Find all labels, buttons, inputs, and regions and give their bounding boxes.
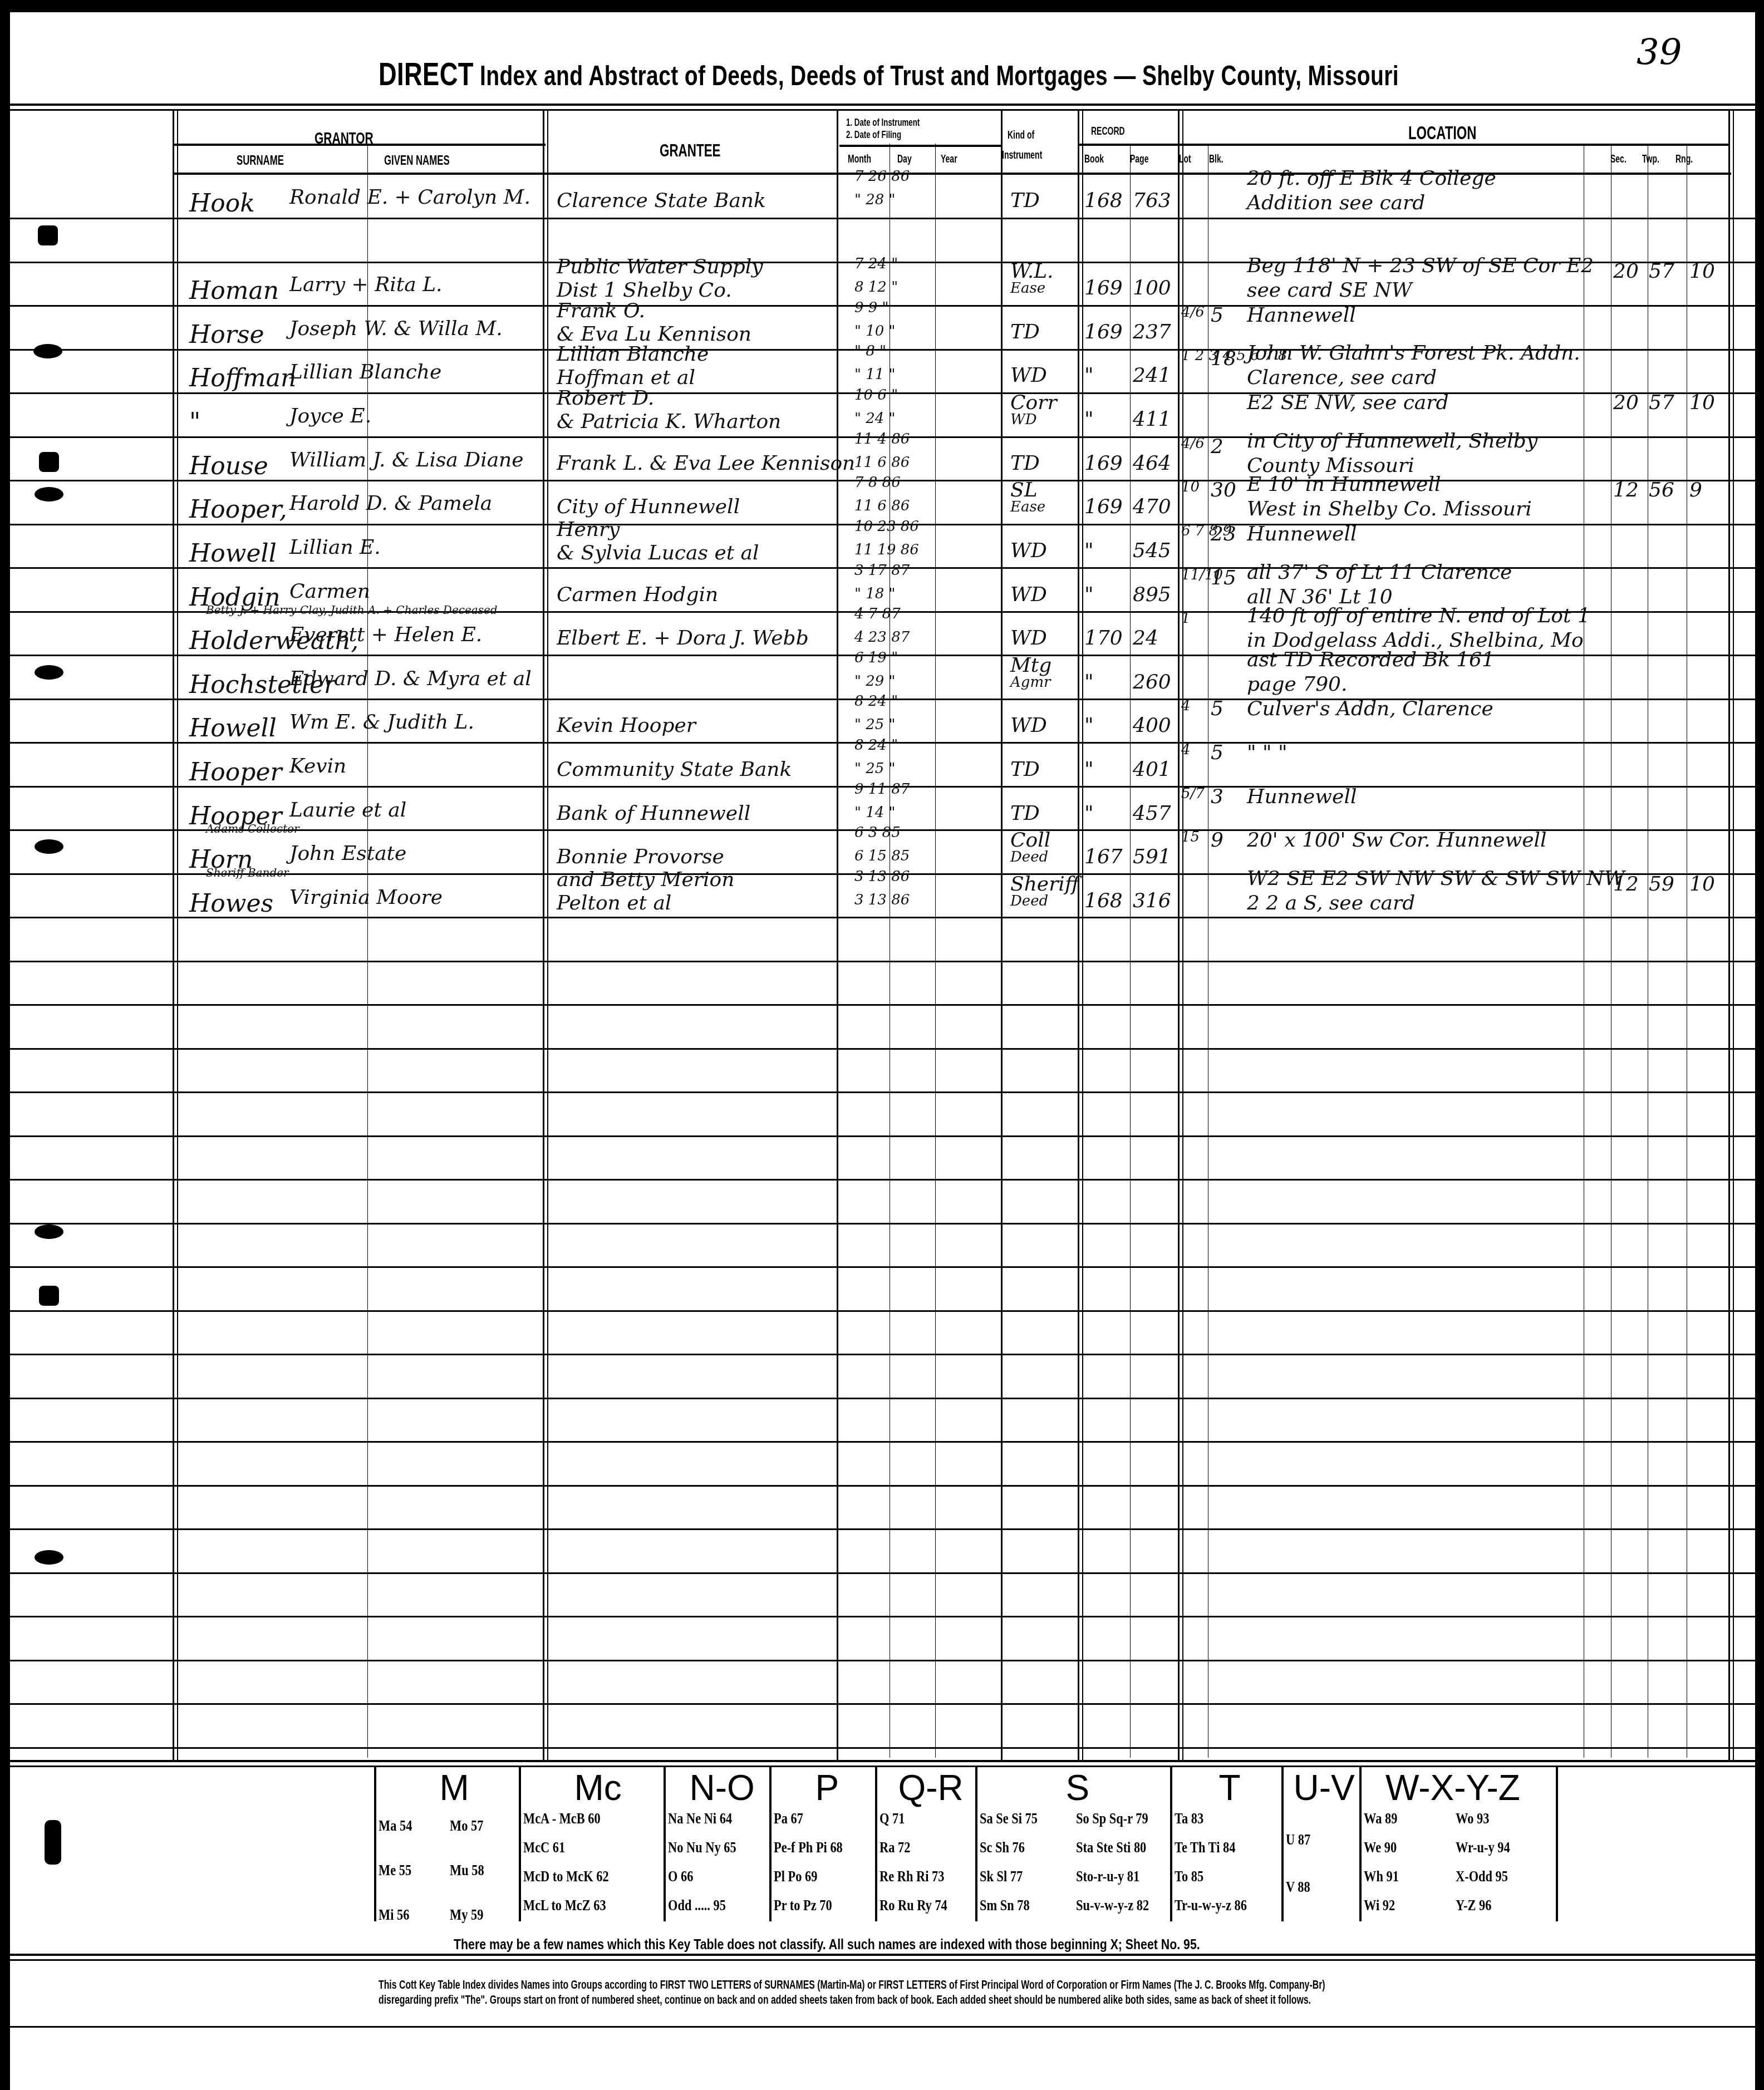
date-of-filing: " 18 " — [854, 586, 896, 602]
record-book: 170 — [1084, 627, 1123, 650]
date-sub-rule — [839, 145, 1001, 147]
header-record: RECORD — [1091, 125, 1125, 138]
record-page: 237 — [1133, 321, 1171, 343]
location-description: all 37' S of Lt 11 Clarence — [1247, 561, 1512, 584]
location-description: Hunnewell — [1247, 523, 1357, 545]
key-column-divider — [975, 1766, 977, 1921]
record-book: 168 — [1084, 889, 1123, 912]
row-line — [10, 1310, 1755, 1312]
column-line — [1733, 109, 1734, 1762]
record-sub-rule — [1078, 144, 1178, 146]
header-day: Day — [897, 153, 912, 166]
location-lot: 4 — [1181, 697, 1191, 714]
grantor-given-names: Lillian Blanche — [289, 361, 441, 383]
location-block: 5 — [1211, 741, 1224, 764]
grantor-surname: Horse — [189, 321, 264, 349]
key-column-divider — [1359, 1766, 1362, 1921]
key-cell: Mo 57 — [450, 1817, 483, 1835]
column-line — [543, 109, 544, 1762]
location-description: in City of Hunnewell, Shelby — [1247, 430, 1537, 453]
key-cell: McD to McK 62 — [523, 1868, 609, 1886]
kind-of-instrument: TD — [1010, 758, 1040, 781]
date-of-filing: 4 23 87 — [854, 629, 910, 646]
date-of-filing: " 10 " — [854, 323, 896, 340]
key-cell: Mu 58 — [450, 1862, 484, 1880]
kind-of-instrument: Corr — [1010, 391, 1057, 414]
location-block: 30 — [1211, 479, 1236, 501]
grantor-surname: Howell — [189, 539, 277, 568]
date-of-filing: 6 15 85 — [854, 848, 910, 864]
record-page: 545 — [1133, 539, 1171, 562]
key-cell: So Sp Sq-r 79 — [1076, 1810, 1148, 1828]
key-column-divider — [664, 1766, 666, 1921]
location-description: " " " — [1247, 741, 1288, 764]
location-description-2: Addition see card — [1247, 191, 1425, 214]
location-block: 5 — [1211, 304, 1224, 327]
grantee-name: Elbert E. + Dora J. Webb — [557, 627, 809, 650]
row-line — [10, 1004, 1755, 1006]
grantee-name: Carmen Hodgin — [557, 583, 718, 606]
column-line — [547, 109, 548, 1762]
date-of-filing: 11 6 86 — [854, 498, 910, 514]
grantor-note: Sheriff Bander — [206, 866, 289, 879]
location-block: 3 — [1211, 785, 1224, 808]
key-cell: McA - McB 60 — [523, 1810, 601, 1828]
kind-of-instrument-2: Deed — [1010, 849, 1048, 865]
record-book: " — [1084, 671, 1094, 694]
row-line — [10, 1572, 1755, 1574]
kind-of-instrument: WD — [1010, 583, 1047, 606]
grantee-name: City of Hunnewell — [557, 495, 740, 518]
header-surname: SURNAME — [237, 153, 284, 169]
header-sec: Sec. — [1610, 153, 1627, 166]
grantor-surname: Hook — [189, 189, 255, 218]
key-cell: Pl Po 69 — [774, 1868, 817, 1886]
grantor-note: Betty J. + Harry Clay, Judith A. + Charl… — [206, 603, 498, 617]
record-book: " — [1084, 758, 1094, 781]
key-group-letter: P — [815, 1767, 839, 1808]
binder-hole — [39, 1286, 59, 1306]
date-of-filing: " 25 " — [854, 716, 896, 733]
header-lot: Lot — [1179, 153, 1191, 166]
key-cell: V 88 — [1286, 1878, 1310, 1896]
grantor-given-names: Kevin — [289, 755, 346, 778]
key-cell: Wr-u-y 94 — [1456, 1839, 1510, 1857]
grantor-given-names: Joyce E. — [289, 405, 371, 427]
kind-of-instrument: TD — [1010, 321, 1040, 343]
column-line — [1078, 109, 1079, 1762]
key-cell: Wo 93 — [1456, 1810, 1489, 1828]
key-cell: Re Rh Ri 73 — [879, 1868, 944, 1886]
page-bottom-rule — [10, 2026, 1755, 2028]
row-line — [10, 1398, 1755, 1399]
location-description: Beg 118' N + 23 SW of SE Cor E2 — [1247, 254, 1594, 277]
kind-of-instrument: Sheriff — [1010, 873, 1079, 896]
row-line — [10, 1091, 1755, 1093]
key-cell: U 87 — [1286, 1831, 1310, 1849]
location-description: ast TD Recorded Bk 161 — [1247, 648, 1495, 671]
record-page: 470 — [1133, 495, 1171, 518]
column-line — [1728, 109, 1730, 1762]
key-column-divider — [1281, 1766, 1284, 1921]
date-of-instrument: 3 17 87 — [854, 562, 910, 579]
row-line — [10, 1179, 1755, 1181]
binder-hole — [33, 344, 62, 358]
row-line — [10, 1703, 1755, 1705]
location-description: 20' x 100' Sw Cor. Hunnewell — [1247, 829, 1547, 852]
location-block: 5 — [1211, 697, 1224, 720]
column-line — [837, 109, 838, 1762]
header-date-line1: 1. Date of Instrument — [846, 117, 920, 129]
key-cell: Sc Sh 76 — [980, 1839, 1025, 1857]
grantor-surname: Howes — [189, 889, 273, 918]
location-description: Hannewell — [1247, 304, 1356, 327]
key-group-letter: T — [1219, 1767, 1241, 1808]
location-lot: 4/6 — [1181, 304, 1205, 321]
date-of-instrument: 6 3 85 — [854, 824, 901, 841]
location-block: 15 — [1211, 567, 1236, 589]
binder-hole — [35, 487, 63, 501]
binder-hole — [35, 1225, 63, 1239]
location-lot: 4 — [1181, 741, 1191, 758]
row-line — [10, 218, 1755, 219]
row-line — [10, 1048, 1755, 1050]
grantor-given-names: Everett + Helen E. — [289, 623, 482, 646]
record-book: 169 — [1084, 452, 1123, 475]
kind-of-instrument: WD — [1010, 714, 1047, 737]
key-cell: My 59 — [450, 1906, 483, 1924]
date-of-instrument: 8 24 " — [854, 693, 898, 710]
key-cell: McC 61 — [523, 1839, 565, 1857]
key-column-divider — [769, 1766, 772, 1921]
record-book: " — [1084, 539, 1094, 562]
location-description: W2 SE E2 SW NW SW & SW SW NW — [1247, 867, 1625, 890]
date-of-filing: " 28 " — [854, 191, 896, 208]
header-top-rule — [10, 109, 1755, 111]
header-top-rule — [10, 104, 1755, 106]
grantor-surname: Homan — [189, 277, 279, 305]
header-page: Page — [1130, 153, 1148, 166]
location-description: 140 ft off of entire N. end of Lot 1 — [1247, 604, 1590, 627]
key-cell: Sa Se Si 75 — [980, 1810, 1038, 1828]
row-line — [10, 1485, 1755, 1487]
header-book: Book — [1084, 153, 1104, 166]
record-page: 241 — [1133, 364, 1171, 387]
location-section: 12 — [1613, 873, 1639, 896]
record-book: " — [1084, 364, 1094, 387]
record-page: 100 — [1133, 277, 1171, 299]
location-lot: 1 — [1181, 610, 1191, 627]
grantee-name: Kevin Hooper — [557, 714, 696, 737]
kind-of-instrument: TD — [1010, 452, 1040, 475]
location-description: E2 SE NW, see card — [1247, 391, 1449, 414]
record-page: 411 — [1133, 408, 1171, 431]
header-given-names: GIVEN NAMES — [384, 153, 450, 169]
grantor-given-names: Lillian E. — [289, 536, 381, 559]
grantor-given-names: Ronald E. + Carolyn M. — [289, 186, 530, 209]
record-page: 591 — [1133, 845, 1171, 868]
page-title: DIRECT Index and Abstract of Deeds, Deed… — [379, 56, 1273, 93]
date-of-filing: " 25 " — [854, 760, 896, 777]
key-cell: Odd ..... 95 — [668, 1897, 726, 1915]
binder-hole — [39, 452, 59, 472]
grantee-name: Bonnie Provorse — [557, 845, 724, 868]
location-range: 10 — [1689, 391, 1715, 414]
row-line — [10, 961, 1755, 962]
key-cell: We 90 — [1364, 1839, 1397, 1857]
header-year: Year — [941, 153, 957, 166]
scan-border-top — [0, 0, 1764, 12]
record-book: 169 — [1084, 321, 1123, 343]
kind-of-instrument: Coll — [1010, 829, 1050, 852]
location-block: 2 — [1211, 435, 1224, 458]
key-bottom-rule — [10, 1959, 1755, 1961]
key-cell: Ro Ru Ry 74 — [879, 1897, 947, 1915]
key-cell: Me 55 — [379, 1862, 411, 1880]
footer-line-1: This Cott Key Table Index divides Names … — [379, 1978, 1325, 1992]
row-line — [10, 1135, 1755, 1137]
grantor-given-names: John Estate — [289, 842, 406, 865]
location-lot: 15 — [1181, 829, 1200, 845]
key-cell: Wa 89 — [1364, 1810, 1397, 1828]
location-description-2: West in Shelby Co. Missouri — [1247, 498, 1532, 520]
binder-hole — [35, 665, 63, 680]
grantor-surname: Howell — [189, 714, 277, 742]
date-of-instrument: 7 8 86 — [854, 474, 901, 491]
key-table-note: There may be a few names which this Key … — [454, 1936, 1200, 1953]
key-top-rule — [10, 1760, 1755, 1762]
row-line — [10, 1747, 1755, 1749]
location-block: 18 — [1211, 347, 1236, 370]
location-description: John W. Glahn's Forest Pk. Addn. — [1247, 342, 1580, 365]
location-township: 56 — [1649, 479, 1674, 501]
grantor-surname: House — [189, 452, 268, 480]
grantee-name-2: & Patricia K. Wharton — [557, 410, 781, 433]
kind-of-instrument: WD — [1010, 627, 1047, 650]
grantor-surname: " — [189, 408, 200, 436]
record-page: 763 — [1133, 189, 1171, 212]
location-description: Culver's Addn, Clarence — [1247, 697, 1493, 720]
key-column-divider — [1170, 1766, 1172, 1921]
date-of-instrument: 6 19 " — [854, 650, 898, 666]
header-blk: Blk. — [1209, 153, 1224, 166]
location-lot: 4/6 — [1181, 435, 1205, 452]
row-line — [10, 1354, 1755, 1355]
record-page: 457 — [1133, 802, 1171, 825]
header-twp: Twp. — [1642, 153, 1659, 166]
location-lot: 10 — [1181, 479, 1200, 495]
row-line — [10, 1223, 1755, 1225]
record-book: 167 — [1084, 845, 1123, 868]
key-cell: Sta Ste Sti 80 — [1076, 1839, 1146, 1857]
date-of-instrument: 3 13 86 — [854, 868, 910, 885]
key-cell: O 66 — [668, 1868, 693, 1886]
grantor-given-names: William J. & Lisa Diane — [289, 449, 524, 471]
date-of-instrument: 8 24 " — [854, 737, 898, 754]
key-cell: Ma 54 — [379, 1817, 412, 1835]
grantor-given-names: Harold D. & Pamela — [289, 492, 492, 515]
column-line-dashed — [1208, 144, 1208, 1758]
location-township: 57 — [1649, 260, 1674, 283]
grantee-name-2: & Eva Lu Kennison — [557, 323, 751, 346]
grantor-given-names: Edward D. & Myra et al — [289, 667, 532, 690]
location-block: 23 — [1211, 523, 1236, 545]
column-line — [1178, 109, 1180, 1762]
row-line — [10, 1616, 1755, 1617]
column-line-dashed — [1584, 144, 1584, 1758]
key-cell: Mi 56 — [379, 1906, 409, 1924]
key-bottom-rule — [10, 1954, 1755, 1956]
grantor-given-names: Laurie et al — [289, 799, 406, 822]
location-lot: 5/7 — [1181, 785, 1205, 802]
binder-hole — [45, 1820, 61, 1865]
scan-border-left — [0, 0, 10, 2090]
key-column-divider — [1556, 1766, 1558, 1921]
grantee-name-2: Hoffman et al — [557, 366, 695, 389]
key-group-letter: U-V — [1294, 1767, 1355, 1808]
column-line-dashed — [367, 144, 368, 1758]
kind-of-instrument: W.L. — [1010, 260, 1054, 283]
grantee-name: Lillian Blanche — [557, 343, 709, 366]
key-cell: Q 71 — [879, 1810, 905, 1828]
column-line — [1001, 109, 1003, 1762]
header-rng: Rng. — [1675, 153, 1693, 166]
key-cell: Tr-u-w-y-z 86 — [1175, 1897, 1247, 1915]
record-book: 169 — [1084, 495, 1123, 518]
date-of-filing: 11 19 86 — [854, 542, 919, 558]
grantee-name: and Betty Merion — [557, 868, 734, 891]
grantor-given-names: Larry + Rita L. — [289, 273, 443, 296]
grantee-name: Public Water Supply — [557, 255, 763, 278]
column-line-dashed — [1611, 144, 1611, 1758]
kind-of-instrument-2: Ease — [1010, 499, 1045, 515]
key-cell: Wh 91 — [1364, 1868, 1399, 1886]
header-date-line2: 2. Date of Filing — [846, 129, 901, 141]
date-of-filing: 3 13 86 — [854, 892, 910, 908]
key-cell: Te Th Ti 84 — [1175, 1839, 1235, 1857]
grantor-surname: Hooper, — [189, 495, 287, 524]
location-range: 10 — [1689, 260, 1715, 283]
record-page: 260 — [1133, 671, 1171, 694]
kind-of-instrument: Mtg — [1010, 654, 1051, 677]
location-township: 57 — [1649, 391, 1674, 414]
header-location: LOCATION — [1408, 122, 1477, 144]
key-cell: X-Odd 95 — [1456, 1868, 1508, 1886]
kind-of-instrument-2: Deed — [1010, 893, 1048, 909]
grantee-name-2: Pelton et al — [557, 892, 671, 914]
column-line — [173, 109, 174, 1762]
record-book: 168 — [1084, 189, 1123, 212]
grantee-name: Bank of Hunnewell — [557, 802, 750, 825]
column-line-dashed — [935, 144, 936, 1758]
grantee-name: Henry — [557, 518, 620, 541]
location-description: 20 ft. off E Blk 4 College — [1247, 167, 1496, 190]
location-section: 20 — [1613, 391, 1639, 414]
location-township: 59 — [1649, 873, 1674, 896]
binder-hole — [38, 225, 58, 245]
key-column-divider — [374, 1766, 376, 1921]
key-column-divider — [875, 1766, 877, 1921]
header-kind-of: Kind of — [1008, 129, 1034, 142]
location-section: 20 — [1613, 260, 1639, 283]
location-section: 12 — [1613, 479, 1639, 501]
kind-of-instrument: SL — [1010, 479, 1038, 501]
record-book: " — [1084, 802, 1094, 825]
key-group-letter: Q-R — [898, 1767, 964, 1808]
date-of-instrument: 7 24 " — [854, 255, 898, 272]
key-cell: Pa 67 — [774, 1810, 803, 1828]
grantor-given-names: Wm E. & Judith L. — [289, 711, 474, 734]
header-grantor: GRANTOR — [315, 129, 374, 148]
key-group-letter: W-X-Y-Z — [1385, 1767, 1520, 1808]
key-cell: McL to McZ 63 — [523, 1897, 606, 1915]
date-of-instrument: " 8 " — [854, 343, 886, 360]
record-page: 464 — [1133, 452, 1171, 475]
key-cell: Pr to Pz 70 — [774, 1897, 832, 1915]
date-of-instrument: 9 11 87 — [854, 781, 910, 798]
key-group-letter: Mc — [574, 1767, 622, 1808]
row-line — [10, 1660, 1755, 1661]
date-of-instrument: 11 4 86 — [854, 431, 910, 447]
column-line-dashed — [1648, 144, 1648, 1758]
column-line-dashed — [1130, 144, 1131, 1758]
key-cell: Y-Z 96 — [1456, 1897, 1492, 1915]
date-of-filing: 11 6 86 — [854, 454, 910, 471]
date-of-filing: 8 12 " — [854, 279, 898, 296]
grantee-name: Robert D. — [557, 387, 654, 410]
date-of-instrument: 10 23 86 — [854, 518, 919, 535]
key-cell: Ta 83 — [1175, 1810, 1203, 1828]
header-instrument: Instrument — [1002, 149, 1042, 162]
location-description-2: see card SE NW — [1247, 279, 1412, 302]
header-month: Month — [848, 153, 871, 166]
kind-of-instrument: WD — [1010, 364, 1047, 387]
kind-of-instrument: TD — [1010, 802, 1040, 825]
record-page: 895 — [1133, 583, 1171, 606]
grantee-name: Frank L. & Eva Lee Kennison — [557, 452, 855, 475]
key-cell: Sto-r-u-y 81 — [1076, 1868, 1139, 1886]
key-cell: Ra 72 — [879, 1839, 910, 1857]
location-range: 9 — [1689, 479, 1702, 501]
date-of-instrument: 4 7 87 — [854, 606, 901, 622]
location-description-2: 2 2 a S, see card — [1247, 892, 1415, 914]
date-of-filing: " 24 " — [854, 410, 896, 427]
location-block: 9 — [1211, 829, 1224, 852]
key-cell: Wi 92 — [1364, 1897, 1395, 1915]
grantor-surname: Hoffman — [189, 364, 296, 392]
kind-of-instrument-2: Agmr — [1010, 674, 1051, 691]
key-cell: Sm Sn 78 — [980, 1897, 1030, 1915]
date-of-instrument: 9 9 " — [854, 299, 889, 316]
record-book: " — [1084, 714, 1094, 737]
record-page: 400 — [1133, 714, 1171, 737]
row-line — [10, 1266, 1755, 1268]
grantee-name: Community State Bank — [557, 758, 792, 781]
key-group-letter: S — [1066, 1767, 1090, 1808]
record-book: " — [1084, 408, 1094, 431]
grantor-given-names: Virginia Moore — [289, 886, 443, 909]
key-cell: Sk Sl 77 — [980, 1868, 1023, 1886]
location-range: 10 — [1689, 873, 1715, 896]
column-line — [177, 109, 178, 1762]
key-cell: No Nu Ny 65 — [668, 1839, 736, 1857]
footer-line-2: disregarding prefix "The". Groups start … — [379, 1993, 1311, 2007]
column-line-dashed — [1687, 144, 1687, 1758]
grantee-name: Clarence State Bank — [557, 189, 766, 212]
date-of-instrument: 7 26 86 — [854, 168, 910, 185]
kind-of-instrument: TD — [1010, 189, 1040, 212]
key-cell: Su-v-w-y-z 82 — [1076, 1897, 1149, 1915]
